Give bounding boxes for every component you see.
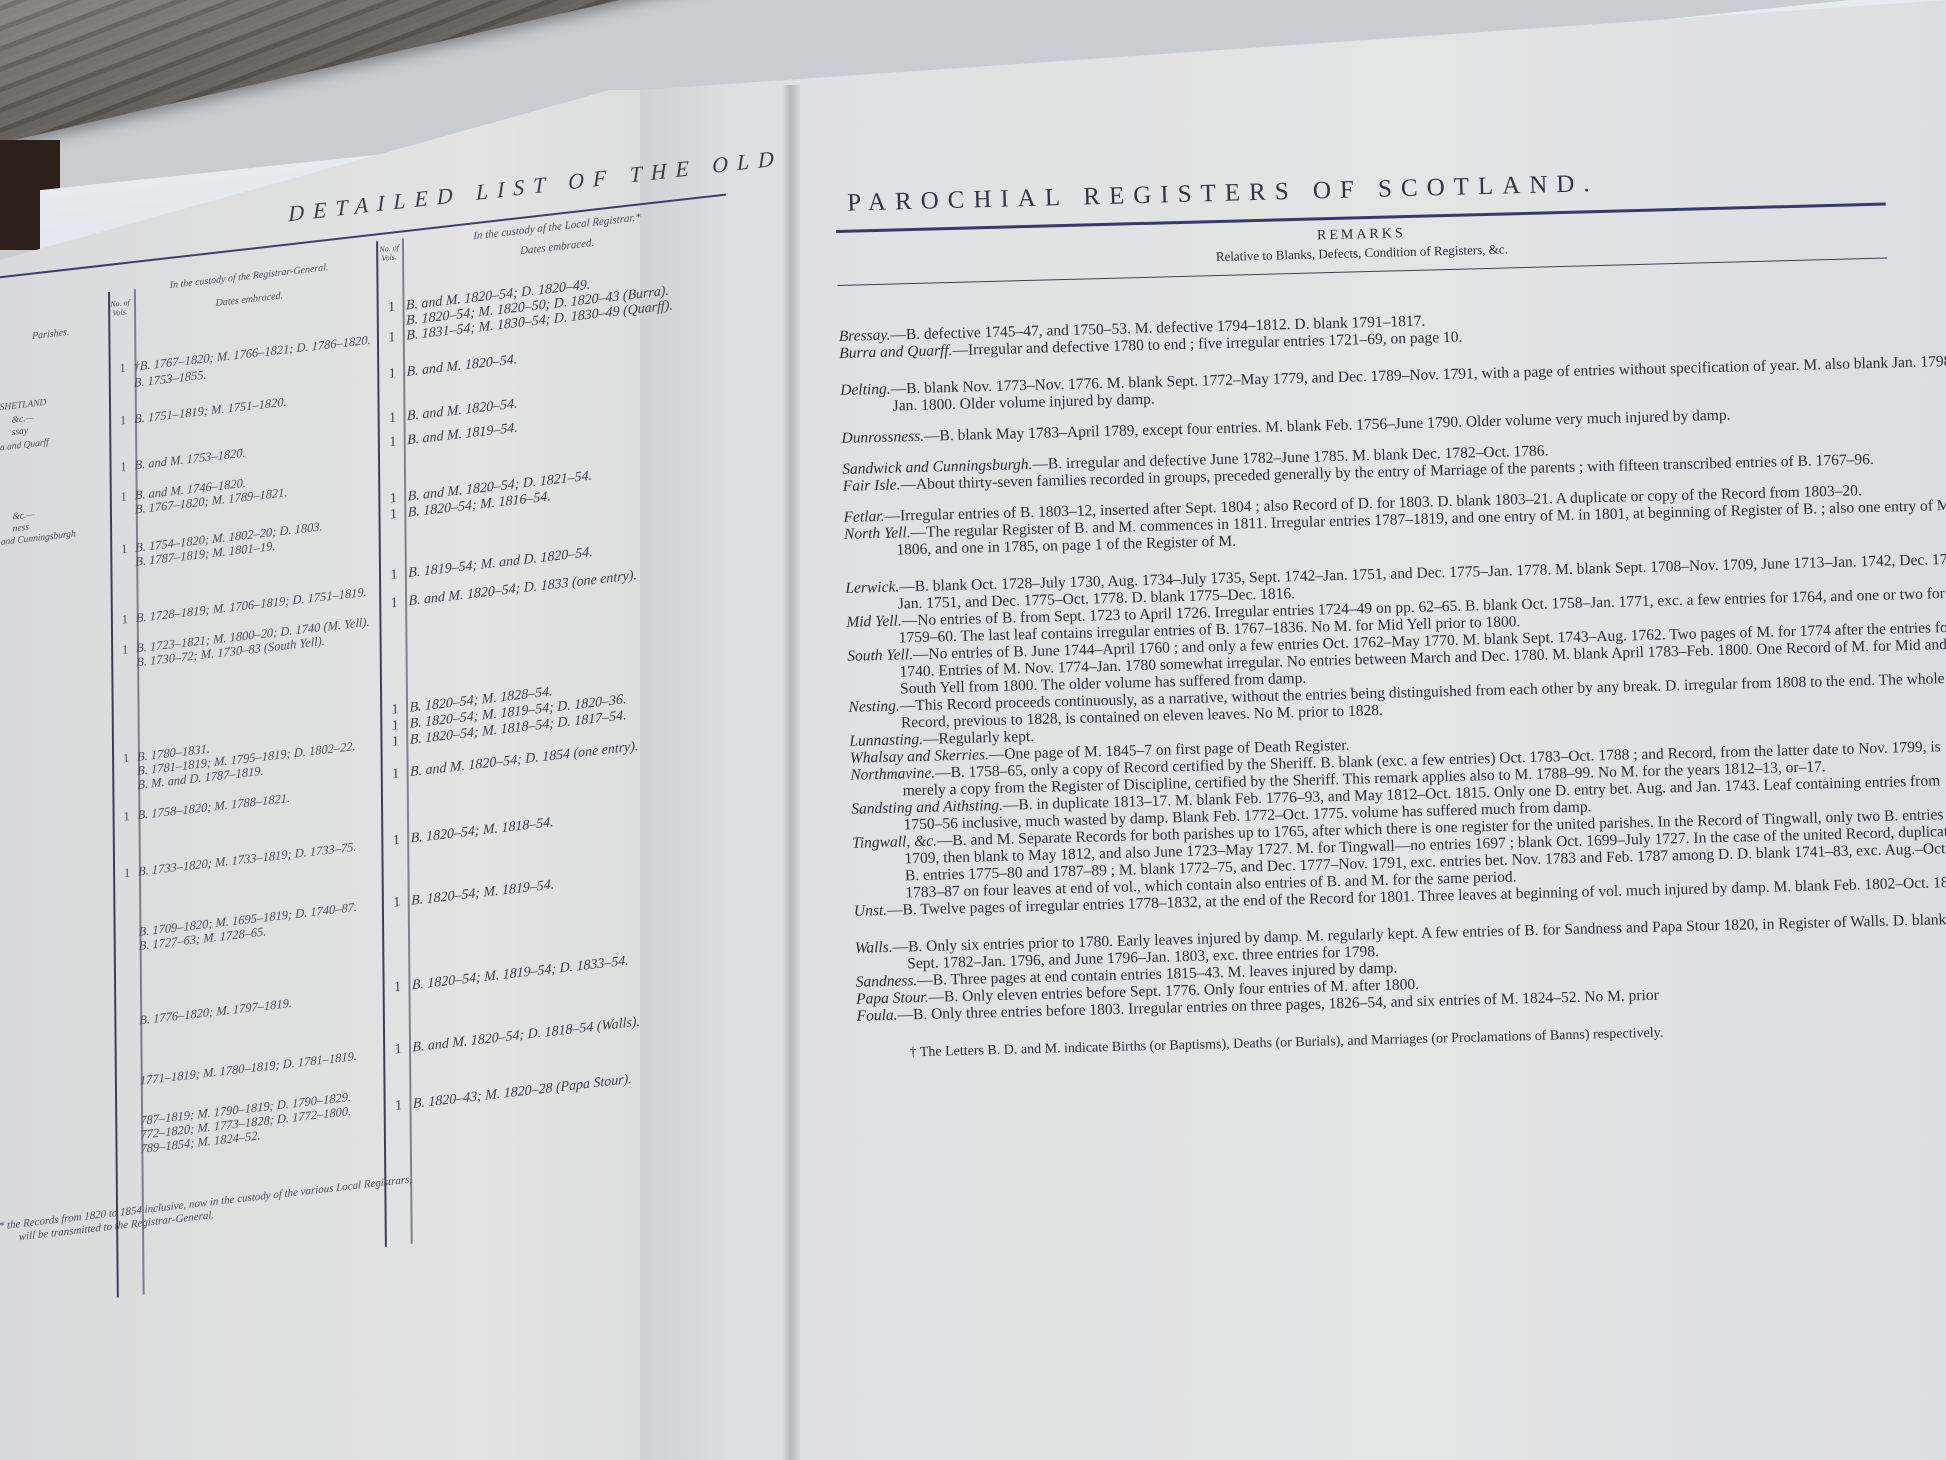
remarks-header: REMARKS Relative to Blanks, Defects, Con… bbox=[836, 213, 1887, 274]
col-no-vols: No. of Vols. bbox=[108, 297, 132, 318]
remarks-list: Bressay.—B. defective 1745–47, and 1750–… bbox=[839, 298, 1946, 1024]
col-no-vols-local: No. of Vols. bbox=[376, 243, 402, 264]
book-gutter bbox=[782, 85, 800, 1460]
parish-label: ssay bbox=[12, 426, 28, 438]
right-page-content: PAROCHIAL REGISTERS OF SCOTLAND. REMARKS… bbox=[835, 160, 1946, 1062]
parish-label: ness bbox=[13, 523, 29, 535]
